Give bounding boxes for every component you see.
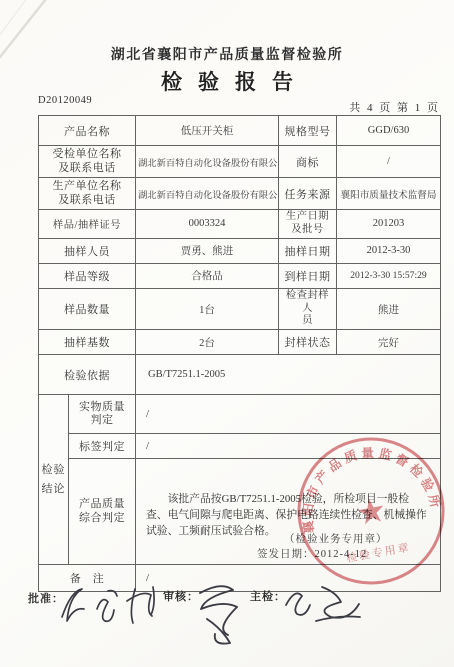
field-value: 熊进	[337, 288, 441, 330]
field-label: 样品/抽样证号	[39, 210, 136, 239]
field-value: 2012-3-30 15:57:29	[337, 263, 441, 288]
field-value: 襄阳市质量技术监督局	[337, 178, 441, 210]
field-value: 湖北新百特自动化设备股份有限公司	[136, 178, 279, 210]
field-label: 抽样人员	[39, 238, 136, 263]
table-row: 样品/抽样证号 0003324 生产日期 及批号 201203	[39, 210, 441, 239]
table-row-basis: 检验依据 GB/T7251.1-2005	[39, 355, 441, 395]
field-value: /	[136, 434, 441, 459]
report-title: 检验报告	[0, 66, 454, 96]
table-row: 抽样人员 贾勇、熊进 抽样日期 2012-3-30	[39, 238, 441, 263]
table-row-conclusion: 检验结论 实物质量 判定 /	[39, 395, 441, 434]
table-row-conclusion: 标签判定 /	[39, 434, 441, 459]
field-value: 完好	[337, 330, 441, 355]
field-label: 任务来源	[279, 178, 337, 210]
table-row: 产品名称 低压开关柜 规格型号 GGD/630	[39, 116, 441, 146]
field-label: 商标	[279, 146, 337, 178]
conclusion-section-label: 检验结论	[39, 395, 69, 565]
table-row: 样品数量 1台 检查封样人 员 熊进	[39, 288, 441, 330]
field-label: 生产单位名称 及联系电话	[39, 178, 136, 210]
seal-caption: （检验业务专用章）	[284, 531, 388, 546]
field-label: 生产日期 及批号	[279, 210, 337, 239]
field-value: 2012-3-30	[337, 238, 441, 263]
issue-date: 签发日期：2012-4-12	[257, 546, 367, 561]
field-label: 标签判定	[69, 434, 136, 459]
field-value: 1台	[136, 288, 279, 330]
signature-row: 批准： 审核： 主检：	[0, 575, 454, 655]
table-row-conclusion: 产品质量 综合判定 该批产品按GB/T7251.1-2005检验，所检项目一般检…	[39, 459, 441, 565]
report-table: 产品名称 低压开关柜 规格型号 GGD/630 受检单位名称 及联系电话 湖北新…	[38, 115, 441, 592]
field-label: 检查封样人 员	[279, 288, 337, 330]
scanned-inspection-report: 湖北省襄阳市产品质量监督检验所 检验报告 D20120049 共 4 页 第 1…	[0, 0, 454, 667]
field-value: 2台	[136, 330, 279, 355]
field-value: GGD/630	[337, 116, 441, 146]
overall-conclusion-cell: 该批产品按GB/T7251.1-2005检验，所检项目一般检查、电气间隙与爬电距…	[136, 459, 441, 565]
reviewer-signature	[200, 586, 237, 643]
field-label: 到样日期	[279, 263, 337, 288]
field-label: 封样状态	[279, 330, 337, 355]
field-label: 抽样基数	[39, 330, 136, 355]
inspection-basis-value: GB/T7251.1-2005	[136, 355, 441, 395]
field-value: 湖北新百特自动化设备股份有限公司	[136, 146, 279, 178]
field-value: /	[337, 146, 441, 178]
field-value: 贾勇、熊进	[136, 238, 279, 263]
field-value: 201203	[337, 210, 441, 239]
field-label: 产品质量 综合判定	[69, 459, 136, 565]
page-count-info: 共 4 页 第 1 页	[349, 99, 440, 115]
approver-signature	[62, 587, 154, 623]
field-value: 低压开关柜	[136, 116, 279, 146]
field-label: 样品等级	[39, 263, 136, 288]
institute-name: 湖北省襄阳市产品质量监督检验所	[0, 44, 454, 64]
field-value: /	[136, 395, 441, 434]
document-number: D20120049	[38, 95, 92, 106]
field-label: 受检单位名称 及联系电话	[39, 146, 136, 178]
field-label: 产品名称	[39, 116, 136, 146]
field-label: 规格型号	[279, 116, 337, 146]
table-row: 样品等级 合格品 到样日期 2012-3-30 15:57:29	[39, 263, 441, 288]
field-label: 检验依据	[39, 355, 136, 395]
field-label: 实物质量 判定	[69, 395, 136, 434]
field-value: 合格品	[136, 263, 279, 288]
field-label: 抽样日期	[279, 238, 337, 263]
chief-inspector-signature	[286, 587, 360, 621]
table-row: 生产单位名称 及联系电话 湖北新百特自动化设备股份有限公司 任务来源 襄阳市质量…	[39, 178, 441, 210]
field-value: 0003324	[136, 210, 279, 239]
table-row: 受检单位名称 及联系电话 湖北新百特自动化设备股份有限公司 商标 /	[39, 146, 441, 178]
field-label: 样品数量	[39, 288, 136, 330]
table-row: 抽样基数 2台 封样状态 完好	[39, 330, 441, 355]
